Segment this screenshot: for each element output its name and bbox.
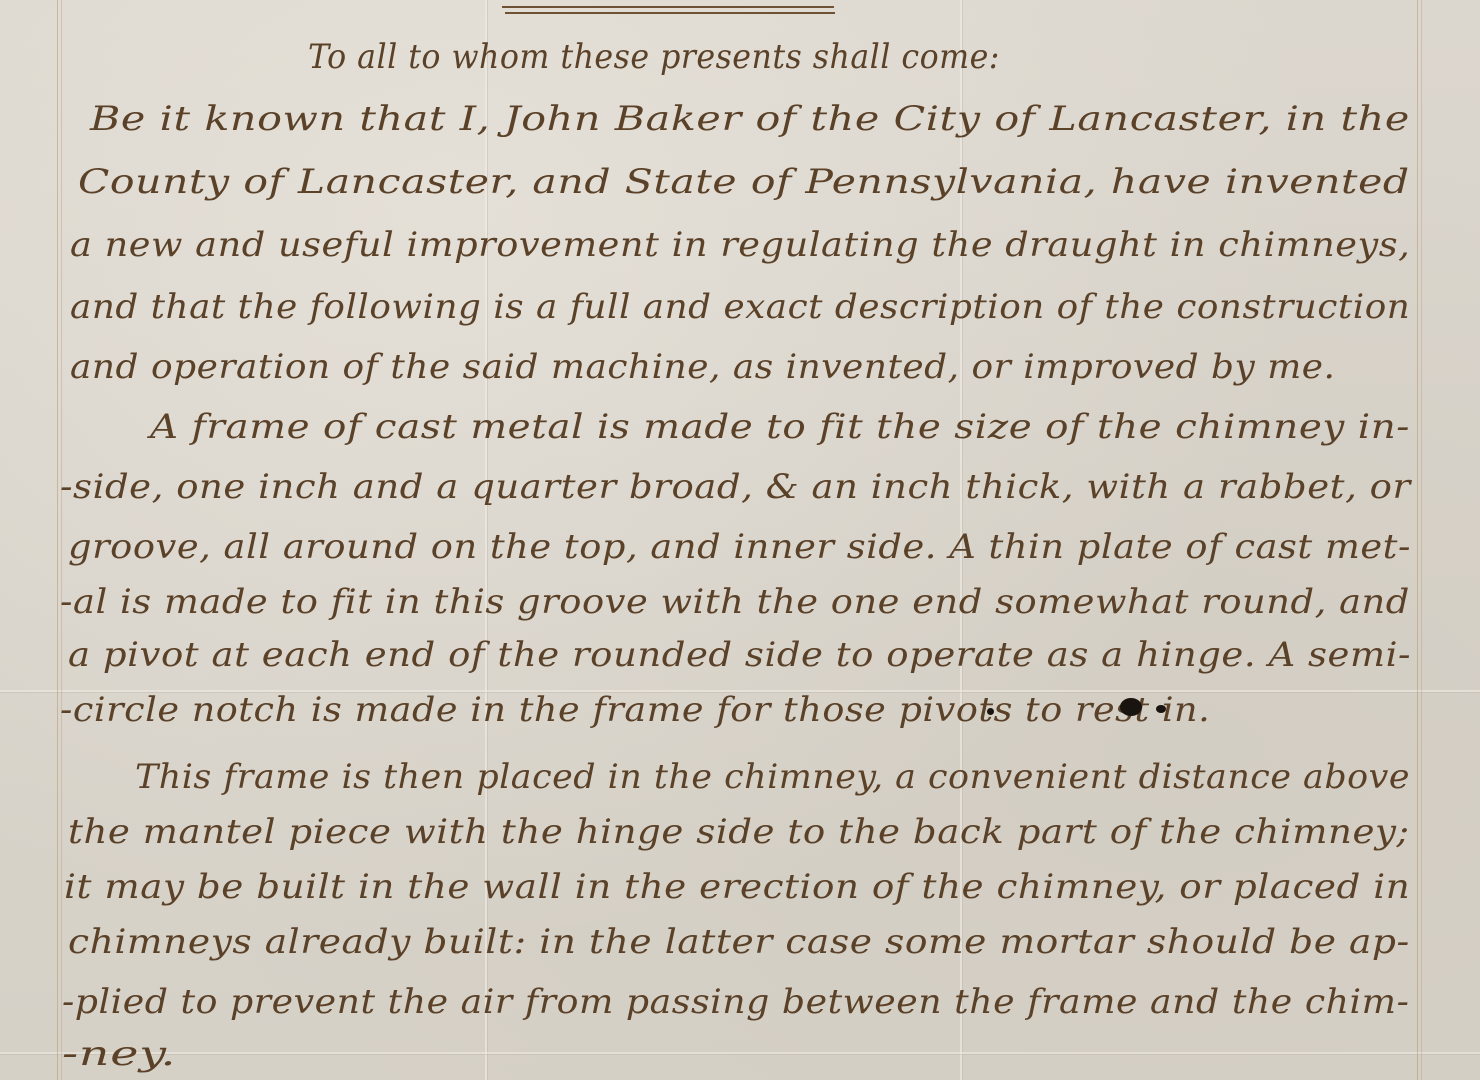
text-line-16: -plied to prevent the air from passing b… (62, 985, 1409, 1019)
text-line-3: a new and useful improvement in regulati… (70, 228, 1410, 262)
document-page: To all to whom these presents shall come… (0, 0, 1480, 1080)
text-line-1: Be it known that I, John Baker of the Ci… (90, 102, 1410, 136)
ink-blot (1156, 705, 1166, 713)
text-line-7: -side, one inch and a quarter broad, & a… (60, 470, 1411, 504)
left-margin-rule (61, 0, 62, 1080)
text-line-8: groove, all around on the top, and inner… (68, 530, 1411, 564)
left-margin-rule (57, 0, 58, 1080)
text-line-14: it may be built in the wall in the erect… (64, 870, 1410, 904)
text-line-13: the mantel piece with the hinge side to … (68, 815, 1410, 849)
header-double-rule (502, 6, 834, 8)
salutation: To all to whom these presents shall come… (308, 40, 978, 74)
right-margin-rule (1417, 0, 1418, 1080)
text-line-2: County of Lancaster, and State of Pennsy… (78, 165, 1410, 199)
text-line-15: chimneys already built: in the latter ca… (68, 925, 1410, 959)
right-margin-rule (1421, 0, 1422, 1080)
text-line-9: -al is made to fit in this groove with t… (60, 585, 1410, 619)
text-line-5: and operation of the said machine, as in… (70, 350, 1335, 384)
text-line-12: This frame is then placed in the chimney… (135, 760, 1410, 794)
text-line-10: a pivot at each end of the rounded side … (68, 638, 1411, 672)
text-line-17: -ney. (62, 1037, 176, 1071)
ink-blot (1120, 698, 1142, 716)
ink-blot (987, 708, 994, 715)
text-line-11: -circle notch is made in the frame for t… (60, 693, 1210, 727)
header-double-rule (505, 12, 835, 14)
fold-crease (0, 1052, 1480, 1054)
text-line-4: and that the following is a full and exa… (70, 290, 1410, 324)
text-line-6: A frame of cast metal is made to fit the… (150, 410, 1410, 444)
